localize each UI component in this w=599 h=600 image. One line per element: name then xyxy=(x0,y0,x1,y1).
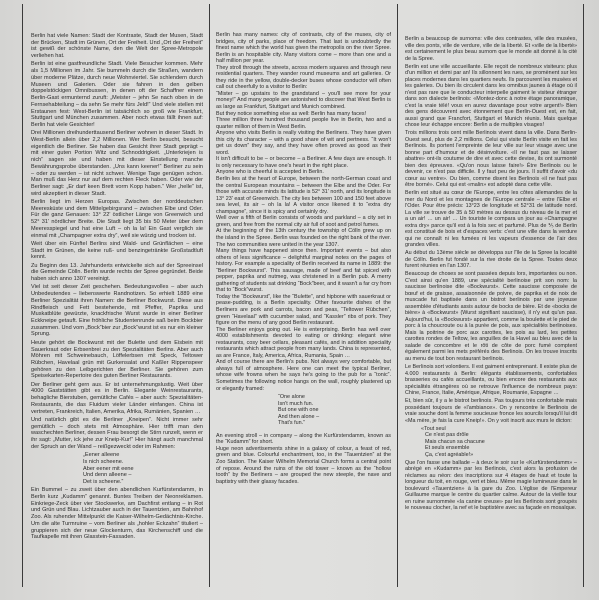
paragraph: Berlin ist eine gastfreundliche Stadt. V… xyxy=(31,61,203,128)
paragraph: Et, bien sûr, il y a le bistrot berlinoi… xyxy=(405,398,577,424)
english-text-column: Berlin has many names: city of contrasts… xyxy=(216,32,391,485)
verse-line: Det is scheene.“ xyxy=(83,479,203,486)
verse-quote: «Tout seul Ce n'est pas drôle Mais chacu… xyxy=(405,426,577,459)
scanned-page: Berlin hat viele Namen: Stadt der Kontra… xyxy=(0,0,599,600)
column-divider xyxy=(22,4,23,587)
paragraph: Today the “Bockwurst”, like the “Bulette… xyxy=(216,294,391,327)
column-divider xyxy=(583,4,584,587)
paragraph: Berlin a beaucoup de surnoms: ville des … xyxy=(405,36,577,62)
paragraph: Berlin has many names: city of contrasts… xyxy=(216,32,391,65)
verse-line: Is nich scheene. xyxy=(83,459,203,466)
verse-quote: „Eener alleene Is nich scheene. Aber een… xyxy=(31,452,203,486)
paragraph: Berlin liegt im Herzen Europas. Zwischen… xyxy=(31,199,203,239)
paragraph: Que l'on fasse une ballade – à deux le s… xyxy=(405,460,577,512)
paragraph: The Berliner enjoys going out. He is ent… xyxy=(216,327,391,360)
paragraph: Many things have happened since then. Im… xyxy=(216,248,391,294)
german-text-column: Berlin hat viele Namen: Stadt der Kontra… xyxy=(31,33,203,543)
paragraph: Au début du 13ème siècle se développa su… xyxy=(405,250,577,270)
paragraph: An evening stroll – in company – along t… xyxy=(216,433,391,446)
verse-line: Ça, c'est agréable!» xyxy=(421,452,577,459)
paragraph: And of course there are Berlin's pubs. N… xyxy=(216,359,391,392)
paragraph: Le Berlinois sort volontiers. Il est gai… xyxy=(405,364,577,397)
verse-line: „Eener alleene xyxy=(83,452,203,459)
verse-line: Aber eener mit eene xyxy=(83,466,203,473)
paragraph: Berlin hat viele Namen: Stadt der Kontra… xyxy=(31,33,203,60)
paragraph: Und natürlich gibt es die Berliner „Knei… xyxy=(31,417,203,451)
paragraph: Drei Millionen dreihunderttausend Berlin… xyxy=(31,130,203,197)
paragraph: Trois millions trois cent mille Berlinoi… xyxy=(405,130,577,189)
column-divider xyxy=(397,4,398,587)
paragraph: Well over a fifth of Berlin consists of … xyxy=(216,215,391,228)
paragraph: Viel ist seit dieser Zeit geschehen. Bed… xyxy=(31,284,203,338)
paragraph: At the beginning of the 13th century the… xyxy=(216,228,391,248)
paragraph: They stroll through the streets, across … xyxy=(216,65,391,91)
paragraph: Huge neon advertisements shine in a gala… xyxy=(216,446,391,485)
paragraph: Berlin lies at the heart of Europe, betw… xyxy=(216,176,391,215)
paragraph: “Mister – go upstairs to the grandstand … xyxy=(216,91,391,111)
paragraph: Three million three hundred thousand peo… xyxy=(216,117,391,130)
verse-quote: “One alone Isn't much fun. But one with … xyxy=(216,394,391,427)
paragraph: Ein Bummel – zu zweit über den abendlich… xyxy=(31,487,203,541)
paragraph: Beaucoup de choses se sont passées depui… xyxy=(405,271,577,362)
french-text-column: Berlin a beaucoup de surnoms: ville des … xyxy=(405,36,577,513)
paragraph: Weit über ein Fünftel Berlins sind Wald-… xyxy=(31,241,203,261)
column-divider xyxy=(209,4,210,587)
paragraph: Anyone who visits Berlin is really visit… xyxy=(216,130,391,156)
paragraph: It isn't difficult to be – or become – a… xyxy=(216,156,391,169)
paragraph: Der Berliner geht gern aus. Er ist unter… xyxy=(31,382,203,416)
paragraph: Berlin est situé au cœur de l'Europe, en… xyxy=(405,190,577,249)
paragraph: Heute gehört die Bockwurst mit der Bulet… xyxy=(31,340,203,380)
paragraph: Berlin est une ville accueillante. Elle … xyxy=(405,64,577,129)
verse-line: That's fun.” xyxy=(278,420,391,427)
paragraph: Zu Beginn des 13. Jahrhunderts entwickel… xyxy=(31,263,203,283)
verse-line: Und denn alleene – xyxy=(83,472,203,479)
